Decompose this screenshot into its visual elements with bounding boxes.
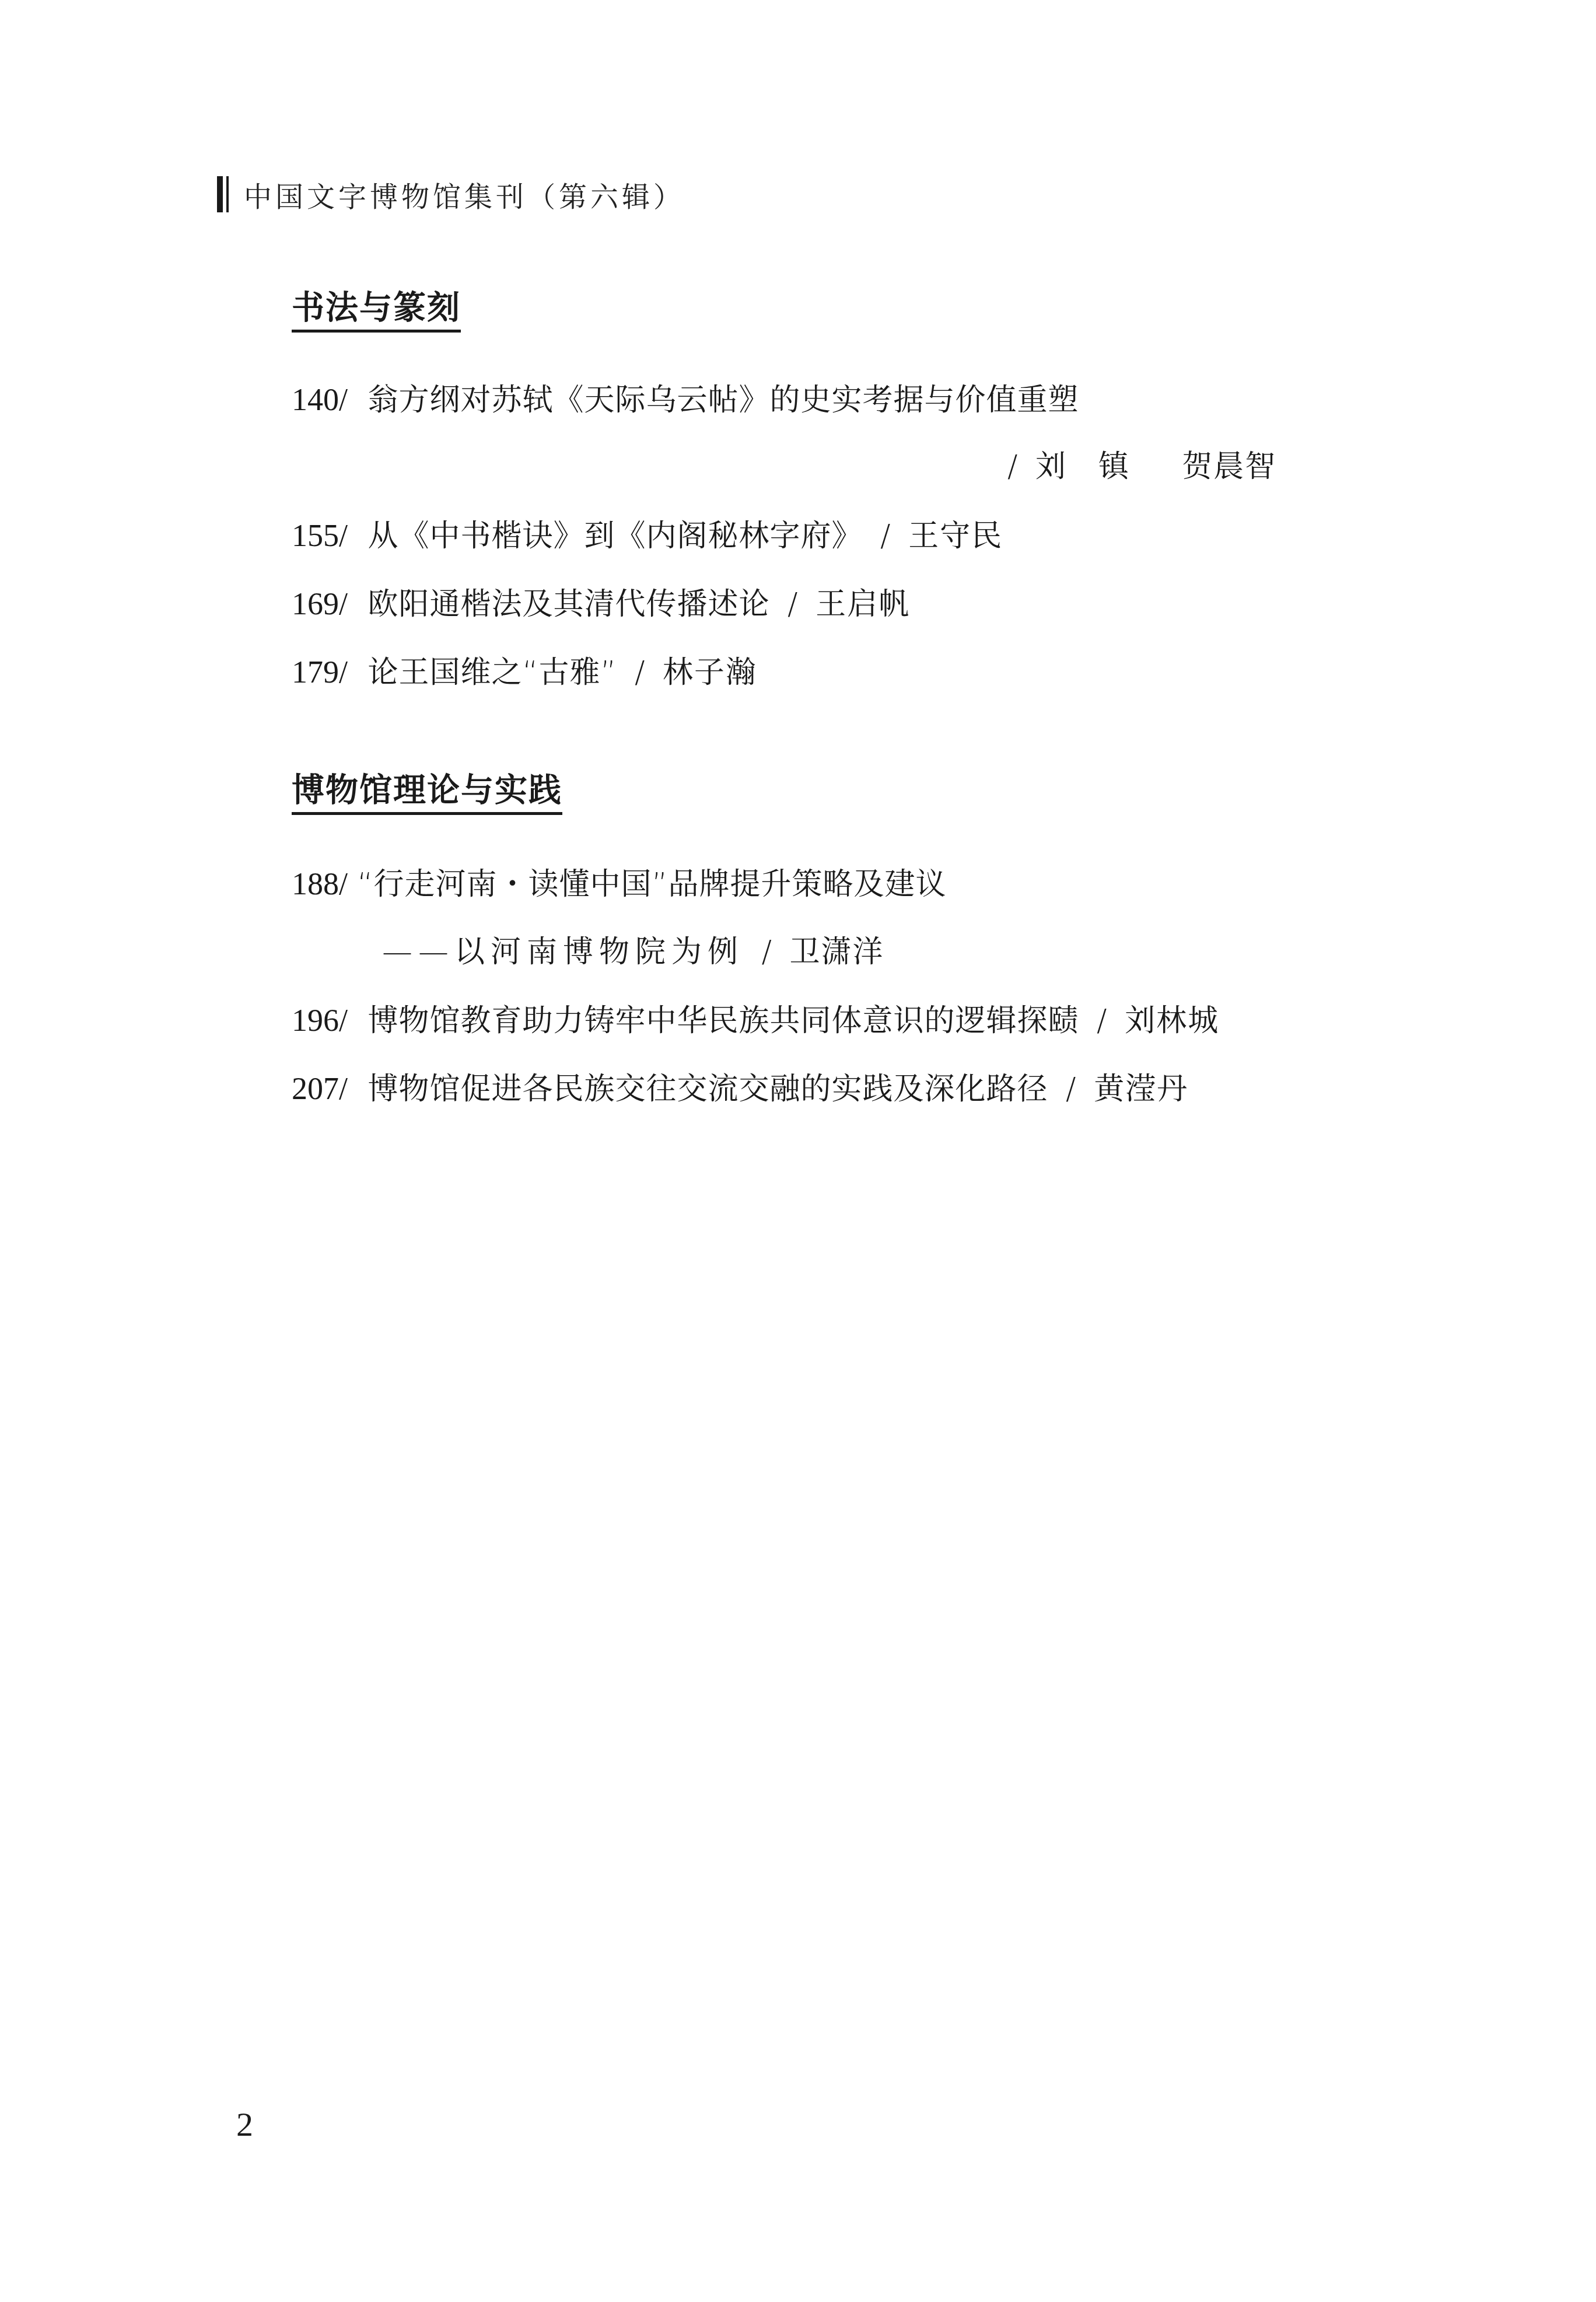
entry-separator: / bbox=[1007, 449, 1018, 484]
entry-author: 卫潇洋 bbox=[790, 935, 884, 970]
entry-separator: / bbox=[762, 935, 772, 970]
toc-entry[interactable]: 188/ “行走河南・读懂中国”品牌提升策略及建议 bbox=[292, 863, 946, 905]
entry-separator: / bbox=[1066, 1072, 1076, 1107]
header-bar-thin bbox=[226, 176, 229, 212]
entry-title: 论王国维之“古雅” bbox=[368, 655, 617, 690]
toc-entry[interactable]: 140/ 翁方纲对苏轼《天际乌云帖》的史实考据与价值重塑 bbox=[292, 379, 1079, 421]
entry-authors-line: / 刘 镇 贺晨智 bbox=[1007, 446, 1276, 487]
entry-author: 黄滢丹 bbox=[1094, 1072, 1188, 1107]
toc-entry[interactable]: 155/ 从《中书楷诀》到《内阁秘林字府》 / 王守民 bbox=[292, 515, 1003, 557]
entry-author: 王守民 bbox=[908, 519, 1003, 554]
toc-entry[interactable]: 207/ 博物馆促进各民族交往交流交融的实践及深化路径 / 黄滢丹 bbox=[292, 1068, 1188, 1110]
entry-subtitle: ——以河南博物院为例 bbox=[382, 935, 744, 970]
entry-page-number: 188/ bbox=[292, 866, 348, 901]
entry-page-number: 207/ bbox=[292, 1071, 348, 1106]
header-bar-thick bbox=[217, 176, 223, 212]
section-heading: 博物馆理论与实践 bbox=[292, 770, 562, 815]
entry-separator: / bbox=[787, 587, 798, 622]
toc-entry[interactable]: 196/ 博物馆教育助力铸牢中华民族共同体意识的逻辑探赜 / 刘林城 bbox=[292, 1000, 1219, 1041]
entry-title: 博物馆教育助力铸牢中华民族共同体意识的逻辑探赜 bbox=[368, 1003, 1079, 1038]
entry-title: “行走河南・读懂中国”品牌提升策略及建议 bbox=[358, 867, 947, 902]
journal-title: 中国文字博物馆集刊（第六辑） bbox=[244, 174, 685, 215]
entry-title: 欧阳通楷法及其清代传播述论 bbox=[368, 587, 770, 622]
entry-author: 林子瀚 bbox=[663, 655, 757, 690]
entry-title: 博物馆促进各民族交往交流交融的实践及深化路径 bbox=[368, 1072, 1048, 1107]
entry-separator: / bbox=[880, 519, 891, 554]
section-museum-theory: 博物馆理论与实践 bbox=[292, 770, 562, 815]
entry-page-number: 196/ bbox=[292, 1003, 348, 1038]
entry-page-number: 179/ bbox=[292, 655, 348, 690]
entry-title: 从《中书楷诀》到《内阁秘林字府》 bbox=[368, 519, 863, 554]
toc-entry[interactable]: 179/ 论王国维之“古雅” / 林子瀚 bbox=[292, 652, 757, 693]
entry-author: 贺晨智 bbox=[1182, 449, 1276, 484]
page-number: 2 bbox=[236, 2105, 253, 2144]
toc-entry[interactable]: 169/ 欧阳通楷法及其清代传播述论 / 王启帆 bbox=[292, 583, 910, 625]
entry-title: 翁方纲对苏轼《天际乌云帖》的史实考据与价值重塑 bbox=[368, 383, 1079, 418]
entry-separator: / bbox=[635, 655, 645, 690]
section-calligraphy: 书法与篆刻 bbox=[292, 288, 461, 333]
entry-separator: / bbox=[1097, 1003, 1107, 1038]
toc-entry-subtitle-line[interactable]: ——以河南博物院为例 / 卫潇洋 bbox=[382, 932, 884, 972]
entry-author: 刘林城 bbox=[1125, 1003, 1219, 1038]
entry-page-number: 169/ bbox=[292, 586, 348, 621]
header-double-bar-icon bbox=[217, 176, 229, 212]
entry-page-number: 140/ bbox=[292, 382, 348, 417]
section-heading: 书法与篆刻 bbox=[292, 288, 461, 333]
entry-author: 刘 镇 bbox=[1035, 449, 1130, 484]
entry-author: 王启帆 bbox=[815, 587, 910, 622]
entry-page-number: 155/ bbox=[292, 518, 348, 553]
running-header: 中国文字博物馆集刊（第六辑） bbox=[217, 174, 685, 215]
